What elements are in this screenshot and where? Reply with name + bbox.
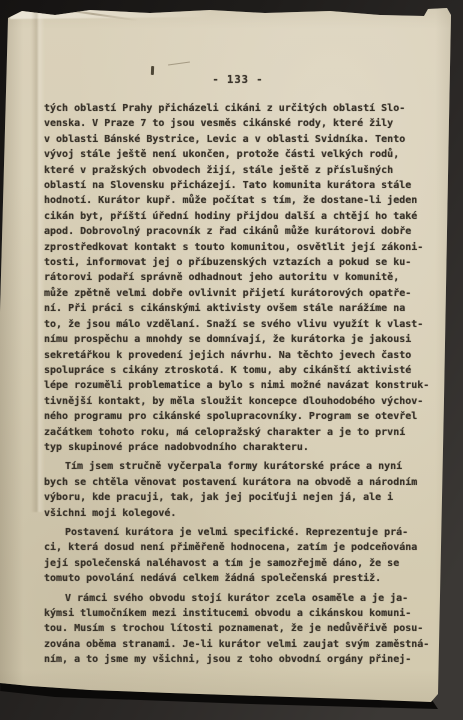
text-line: vývoj stále ještě není ukončen, protože … [44,147,438,162]
text-line: venska. V Praze 7 to jsou vesměs cikánsk… [44,116,438,131]
paragraph: Postavení kurátora je velmi specifické. … [44,525,438,587]
page-number: - 133 - [44,74,432,86]
scanned-page: - 133 - tých oblastí Prahy přicházeli ci… [0,0,463,720]
text-line: tou. Musím s trochou lítosti poznamenat,… [44,621,438,636]
paragraph: Tím jsem stručně vyčerpala formy kurátor… [44,459,438,521]
text-line: spolupráce s cikány ztroskotá. K tomu, a… [44,363,438,378]
text-line: ného programu pro cikánské spolupracovní… [44,409,438,424]
text-line: apod. Dobrovolný pracovník z řad cikánů … [44,224,438,239]
text-line: lépe rozuměli problematice a bylo s nimi… [44,378,438,393]
text-line: výboru, kde pracuji, tak, jak jej pociťu… [44,490,438,505]
text-line: typ skupinové práce nadobvodního charakt… [44,440,438,455]
text-line: všichni moji kolegové. [44,506,438,521]
text-line: tých oblastí Prahy přicházeli cikáni z u… [44,101,438,116]
text-line: zprostředkovat kontakt s touto komunitou… [44,240,438,255]
text-line: tivnější kontakt, by měla sloužit koncep… [44,394,438,409]
text-line: Tím jsem stručně vyčerpala formy kurátor… [44,459,438,474]
text-line: její společenská naléhavost a tím je sam… [44,556,438,571]
paragraph: tých oblastí Prahy přicházeli cikáni z u… [44,101,438,455]
text-line: hodnotí. Kurátor kupř. může počítat s tí… [44,193,438,208]
text-line: ní. Při práci s cikánskými aktivisty ovš… [44,301,438,316]
text-line: V rámci svého obvodu stojí kurátor zcela… [44,591,438,606]
text-line: může zpětně velmi dobře ovlivnit přijetí… [44,286,438,301]
text-line: bych se chtěla věnovat postavení kurátor… [44,475,438,490]
text-line: sekretářkou k provedení jejich návrhu. N… [44,348,438,363]
text-line: ním, a to jsme my všichni, jsou z toho o… [44,652,438,667]
text-line: kýmsi tlumočníkem mezi institucemi obvod… [44,606,438,621]
scanned-document-photo: - 133 - tých oblastí Prahy přicházeli ci… [0,0,463,720]
text-line: tosti, informovat jej o příbuzenských vz… [44,255,438,270]
binding-fold-crease [31,12,45,512]
text-line: ci, která dosud není přiměřeně hodnocena… [44,540,438,555]
document-text: tých oblastí Prahy přicházeli cikáni z u… [44,101,438,672]
text-line: to, že jsou málo vzdělaní. Snaží se svéh… [44,317,438,332]
text-line: nímu prospěchu a mnohdy se domnívají, že… [44,332,438,347]
text-line: začátkem tohoto roku, má celopražský cha… [44,425,438,440]
text-line: zována oběma stranami. Je-li kurátor vel… [44,637,438,652]
text-line: tomuto povolání nedává celkem žádná spol… [44,571,438,586]
paragraph: V rámci svého obvodu stojí kurátor zcela… [44,591,438,668]
text-line: rátorovi podaří správně odhadnout jeho a… [44,270,438,285]
text-line: oblastí na Slovensku přicházejí. Tato ko… [44,178,438,193]
text-line: v oblasti Bánské Bystrice, Levic a v obl… [44,132,438,147]
text-line: které v pražských obvodech žijí, stále j… [44,163,438,178]
text-line: Postavení kurátora je velmi specifické. … [44,525,438,540]
text-line: cikán byt, příští úřední hodiny přijdou … [44,209,438,224]
